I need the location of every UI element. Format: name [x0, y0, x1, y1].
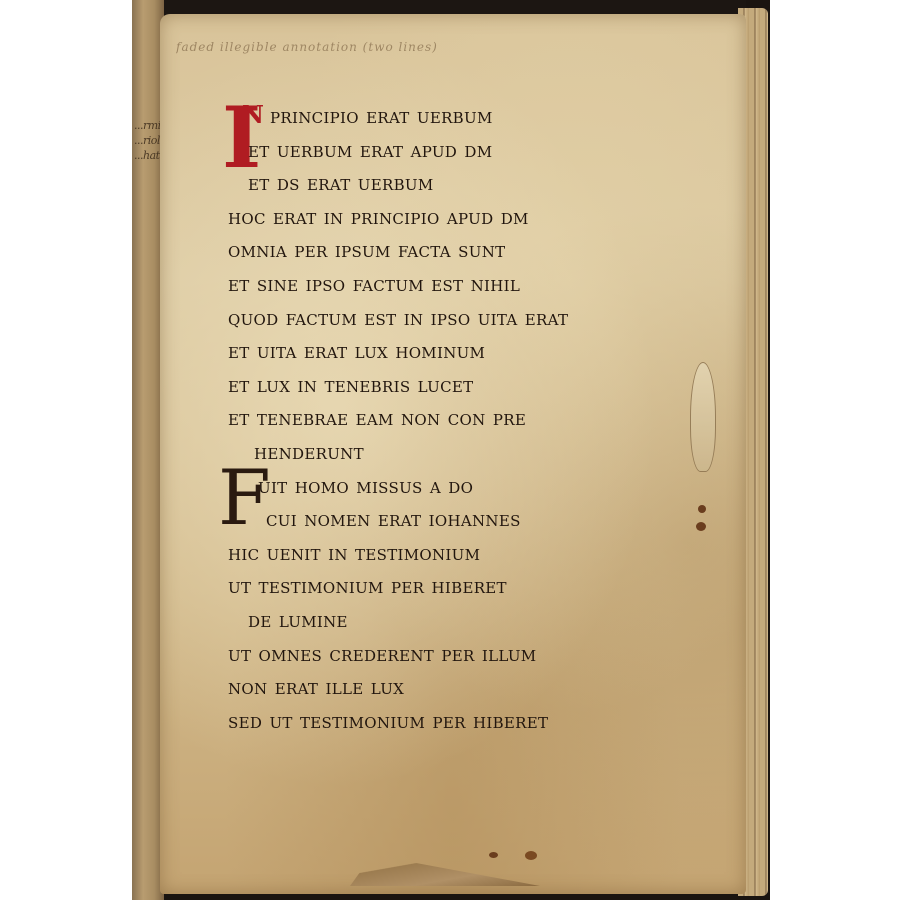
- text-line: uit homo missus a do: [228, 470, 698, 504]
- ink-stain: [525, 851, 537, 860]
- text-line: de lumine: [228, 604, 698, 638]
- gutter-marginalia: ...rmi ...riol. ...hat: [134, 118, 160, 163]
- top-marginalia: faded illegible annotation (two lines): [176, 38, 596, 56]
- text-line: sed ut testimonium per hiberet: [228, 705, 698, 739]
- text-line: hic uenit in testimonium: [228, 537, 698, 571]
- manuscript-text: principio erat uerbum et uerbum erat apu…: [228, 100, 698, 738]
- ink-stain: [489, 852, 498, 858]
- text-line: et uita erat lux hominum: [228, 335, 698, 369]
- text-line: henderunt: [228, 436, 698, 470]
- text-line: et sine ipso factum est nihil: [228, 268, 698, 302]
- text-line: omnia per ipsum facta sunt: [228, 234, 698, 268]
- text-line: et tenebrae eam non con pre: [228, 402, 698, 436]
- text-line: non erat ille lux: [228, 671, 698, 705]
- text-line: hoc erat in principio apud dm: [228, 201, 698, 235]
- text-line: et ds erat uerbum: [228, 167, 698, 201]
- text-line: et lux in tenebris lucet: [228, 369, 698, 403]
- gutter-note-line: ...rmi: [134, 118, 160, 133]
- ink-stain: [696, 522, 706, 531]
- background-shadow: [160, 0, 746, 14]
- text-line: quod factum est in ipso uita erat: [228, 302, 698, 336]
- text-line: ut testimonium per hiberet: [228, 570, 698, 604]
- gutter-note-line: ...hat: [134, 148, 160, 163]
- text-line: cui nomen erat iohannes: [228, 503, 698, 537]
- parchment-tear: [690, 362, 716, 472]
- text-line: et uerbum erat apud dm: [228, 134, 698, 168]
- text-line: principio erat uerbum: [228, 100, 698, 134]
- ink-stain: [698, 505, 706, 513]
- text-line: ut omnes crederent per illum: [228, 638, 698, 672]
- gutter-note-line: ...riol.: [134, 133, 160, 148]
